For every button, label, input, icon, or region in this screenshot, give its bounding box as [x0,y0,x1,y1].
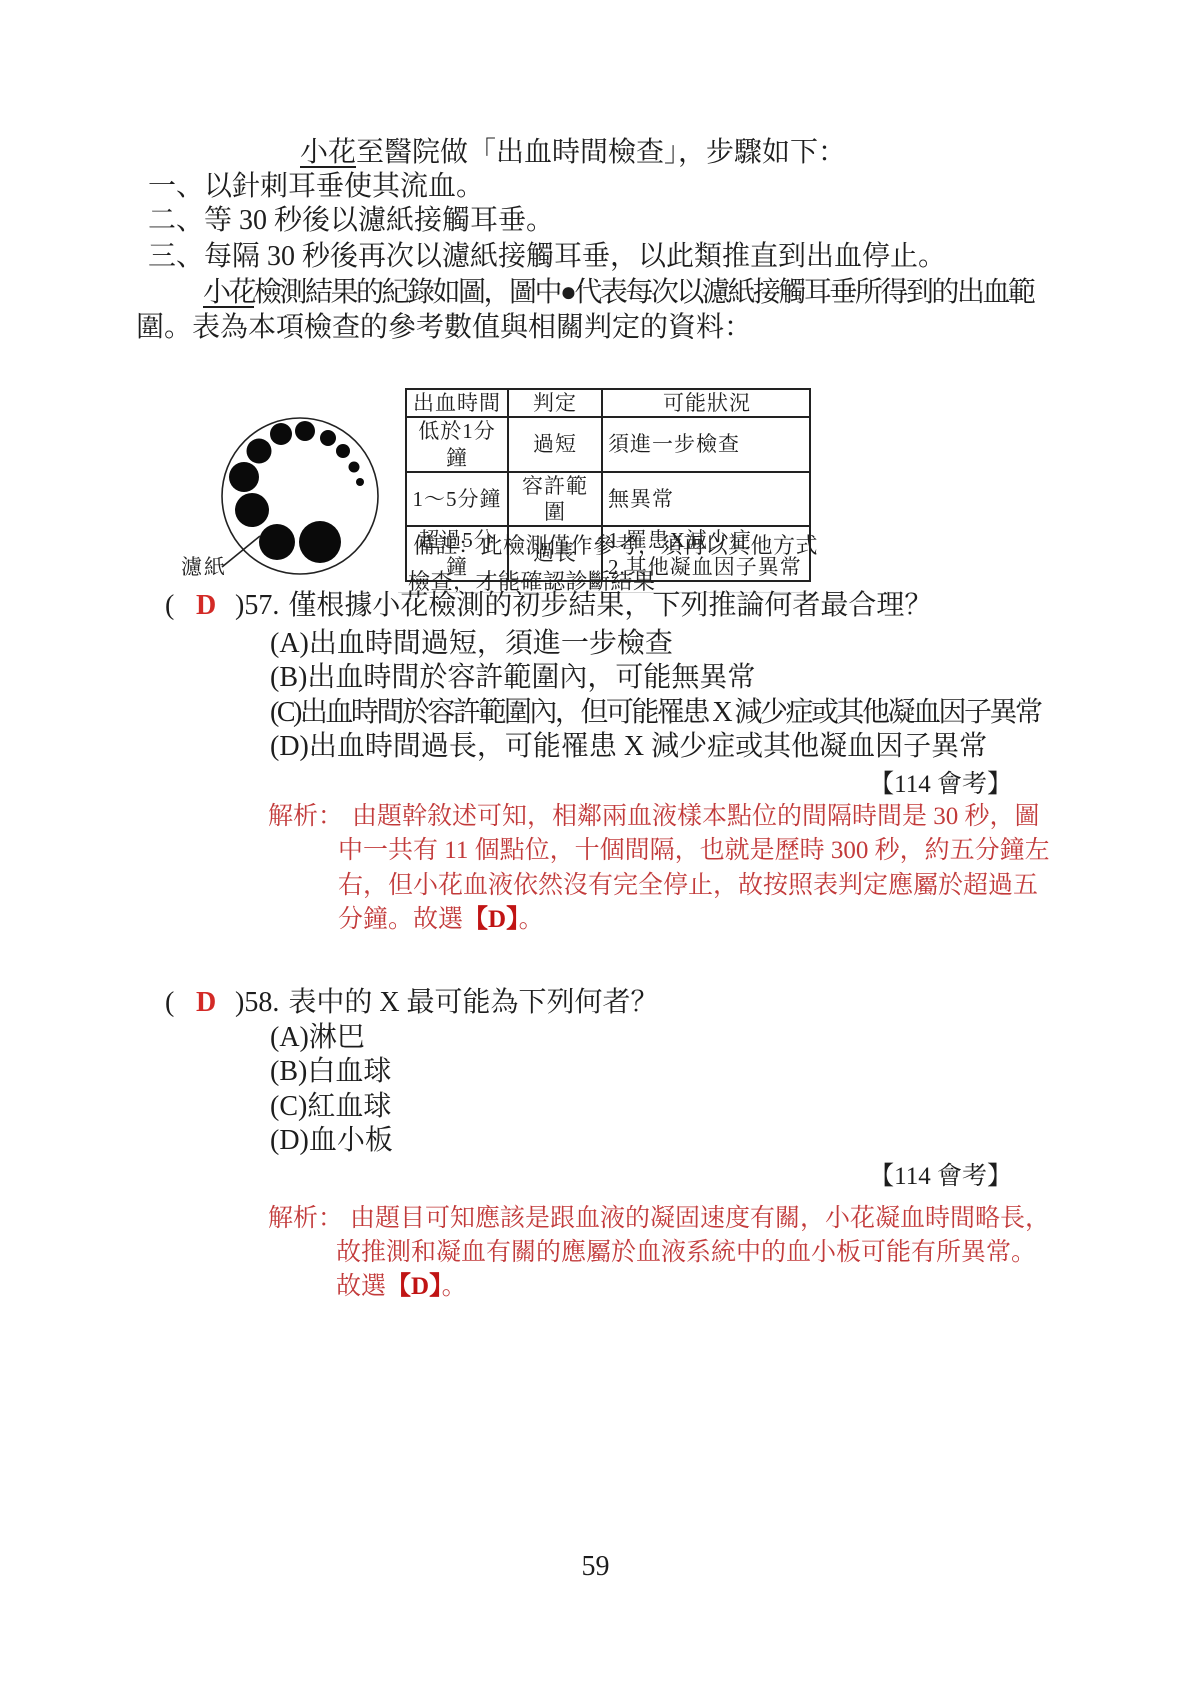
q58-option-d: (D)血小板 [270,1124,393,1158]
step-1: 一、以針刺耳垂使其流血。 [148,170,484,204]
q58-option-a: (A)淋巴 [270,1021,365,1055]
q58-source-tag: 【114 會考】 [869,1156,1012,1192]
question-58-number: )58. [235,986,279,1020]
q58-option-c: (C)紅血球 [270,1090,391,1124]
header-possible-condition: 可能狀況 [602,389,810,417]
table-row: 低於1分鐘 過短 須進一步檢查 [406,417,810,472]
q58-analysis-label: 解析： [268,1202,343,1236]
question-58-text: 表中的 X 最可能為下列何者？ [288,987,658,1018]
header-bleeding-time: 出血時間 [406,389,508,417]
blood-spot-dot [247,439,272,464]
blood-spot-dot [295,421,315,441]
q57-analysis-answer: 【D】 [463,906,519,933]
page-number: 59 [0,1551,1191,1583]
header-judgement: 判定 [508,389,602,417]
blood-spot-dot [259,524,295,560]
student-name: 小花 [203,277,254,308]
q57-source-tag: 【114 會考】 [869,764,1012,800]
q58-analysis-line-1: 由題目可知應該是跟血液的凝固速度有關，小花凝血時間略長， [350,1202,1050,1236]
q57-option-b: (B)出血時間於容許範圍內，可能無異常 [270,661,755,695]
q57-analysis-line-1: 由題幹敘述可知，相鄰兩血液樣本點位的間隔時間是 30 秒，圖 [352,800,1040,834]
table-row: 1～5分鐘 容許範圍 無異常 [406,472,810,527]
blood-spot-dot [356,478,364,486]
q58-analysis-line-2: 故推測和凝血有關的應屬於血液系統中的血小板可能有所異常。 [336,1236,1036,1270]
para2-line-2: 圍。表為本項檢查的參考數值與相關判定的資料： [136,311,752,345]
answer-letter-57: D [196,589,235,623]
question-57-number: )57. [235,589,279,623]
question-57-row: (D)57.僅根據小花檢測的初步結果，下列推論何者最合理？ [165,589,932,623]
blood-spot-dot [336,444,350,458]
step-3: 三、每隔 30 秒後再次以濾紙接觸耳垂，以此類推直到出血停止。 [148,240,946,274]
q58-option-b: (B)白血球 [270,1055,391,1089]
q57-analysis-line-3: 右，但小花血液依然沒有完全停止，故按照表判定應屬於超過五 [338,869,1038,903]
blood-spot-dot [229,462,259,492]
blood-spot-dot [349,462,360,473]
blood-spot-dot [299,521,341,563]
q57-option-c: (C)出血時間於容許範圍內，但可能罹患 X 減少症或其他凝血因子異常 [270,696,1041,730]
answer-letter-58: D [196,986,235,1020]
student-name: 小花 [300,137,356,168]
question-57-text: 僅根據小花檢測的初步結果，下列推論何者最合理？ [288,590,932,621]
step-2: 二、等 30 秒後以濾紙接觸耳垂。 [148,204,554,238]
para2-line-1: 小花檢測結果的紀錄如圖，圖中●代表每次以濾紙接觸耳垂所得到的出血範 [203,276,1033,310]
blood-spot-dot [320,430,336,446]
question-58-row: (D)58.表中的 X 最可能為下列何者？ [165,986,659,1020]
q57-analysis-line-4: 分鐘。故選【D】。 [338,903,544,937]
q57-analysis-line-2: 中一共有 11 個點位，十個間隔，也就是歷時 300 秒，約五分鐘左 [338,834,1050,868]
q57-analysis-label: 解析： [268,800,343,834]
intro-line-1: 小花至醫院做「出血時間檢查」，步驟如下： [300,136,846,170]
blood-spot-dot [270,423,292,445]
filter-paper-label: 濾紙 [181,551,227,581]
exam-page: 小花至醫院做「出血時間檢查」，步驟如下： 一、以針刺耳垂使其流血。 二、等 30… [0,0,1191,1684]
table-header-row: 出血時間 判定 可能狀況 [406,389,810,417]
table-note-line-1: 備註：此檢測僅作參考，須再以其他方式 [413,529,818,560]
q58-analysis-line-3: 故選【D】。 [336,1270,467,1304]
q57-option-a: (A)出血時間過短，須進一步檢查 [270,627,673,661]
q57-option-d: (D)出血時間過長，可能罹患 X 減少症或其他凝血因子異常 [270,730,987,764]
blood-spot-dot [235,493,269,527]
q58-analysis-answer: 【D】 [386,1273,442,1300]
